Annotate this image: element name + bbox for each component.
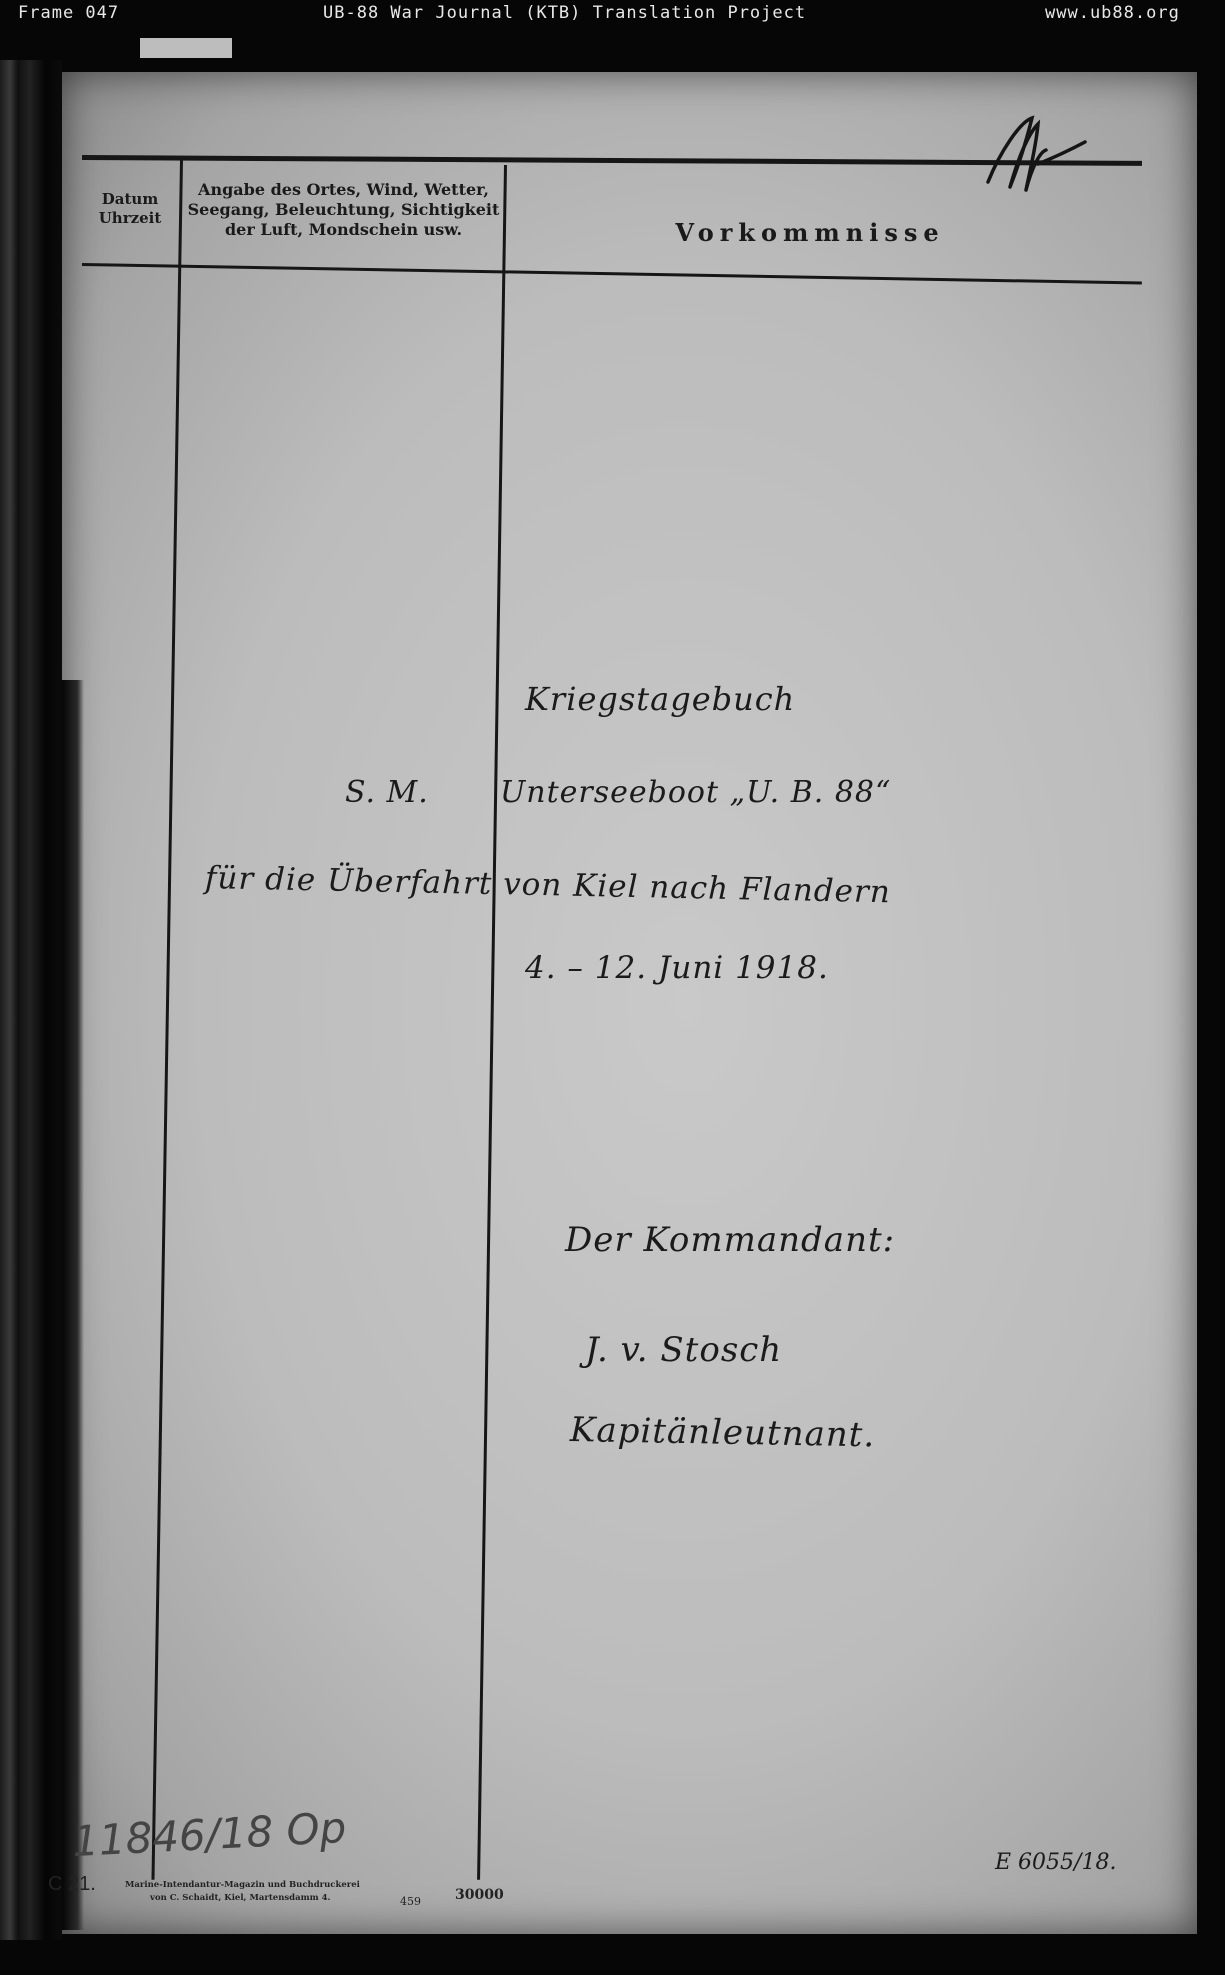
journal-page bbox=[62, 72, 1197, 1934]
archive-reference: E 6055/18. bbox=[995, 1850, 1116, 1875]
frame-number: Frame 047 bbox=[18, 3, 119, 23]
film-edge bbox=[0, 60, 62, 1940]
initials-mark-icon bbox=[980, 112, 1090, 197]
page-shadow bbox=[62, 680, 84, 1930]
header-conditions: Angabe des Ortes, Wind, Wetter, Seegang,… bbox=[186, 180, 501, 240]
print-run: 30000 bbox=[455, 1887, 504, 1903]
entry-boat: Unterseeboot „U. B. 88“ bbox=[500, 775, 891, 810]
print-mark: 459 bbox=[400, 1895, 421, 1908]
top-banner: Frame 047 UB-88 War Journal (KTB) Transl… bbox=[0, 0, 1225, 28]
entry-sm: S. M. bbox=[345, 775, 429, 810]
header-date: Datum Uhrzeit bbox=[90, 190, 170, 228]
entry-dates: 4. – 12. Juni 1918. bbox=[525, 950, 829, 986]
signature-rank: Kapitänleutnant. bbox=[570, 1410, 876, 1455]
header-time-label: Uhrzeit bbox=[90, 209, 170, 228]
project-title: UB-88 War Journal (KTB) Translation Proj… bbox=[323, 3, 806, 23]
site-url: www.ub88.org bbox=[1045, 3, 1180, 23]
header-conditions-line: der Luft, Mondschein usw. bbox=[186, 220, 501, 240]
header-events: Vorkommnisse bbox=[640, 218, 980, 248]
header-conditions-line: Seegang, Beleuchtung, Sichtigkeit bbox=[186, 200, 501, 220]
header-date-label: Datum bbox=[90, 190, 170, 209]
printer-imprint-1: Marine-Intendantur-Magazin und Buchdruck… bbox=[125, 1880, 360, 1890]
printer-imprint-2: von C. Schaidt, Kiel, Martensdamm 4. bbox=[150, 1893, 330, 1903]
film-tab bbox=[140, 38, 232, 58]
entry-title: Kriegstagebuch bbox=[525, 680, 795, 718]
header-conditions-line: Angabe des Ortes, Wind, Wetter, bbox=[186, 180, 501, 200]
signature-title: Der Kommandant: bbox=[565, 1220, 895, 1260]
signature-name: J. v. Stosch bbox=[585, 1330, 782, 1370]
form-code: C 21. bbox=[48, 1873, 96, 1896]
